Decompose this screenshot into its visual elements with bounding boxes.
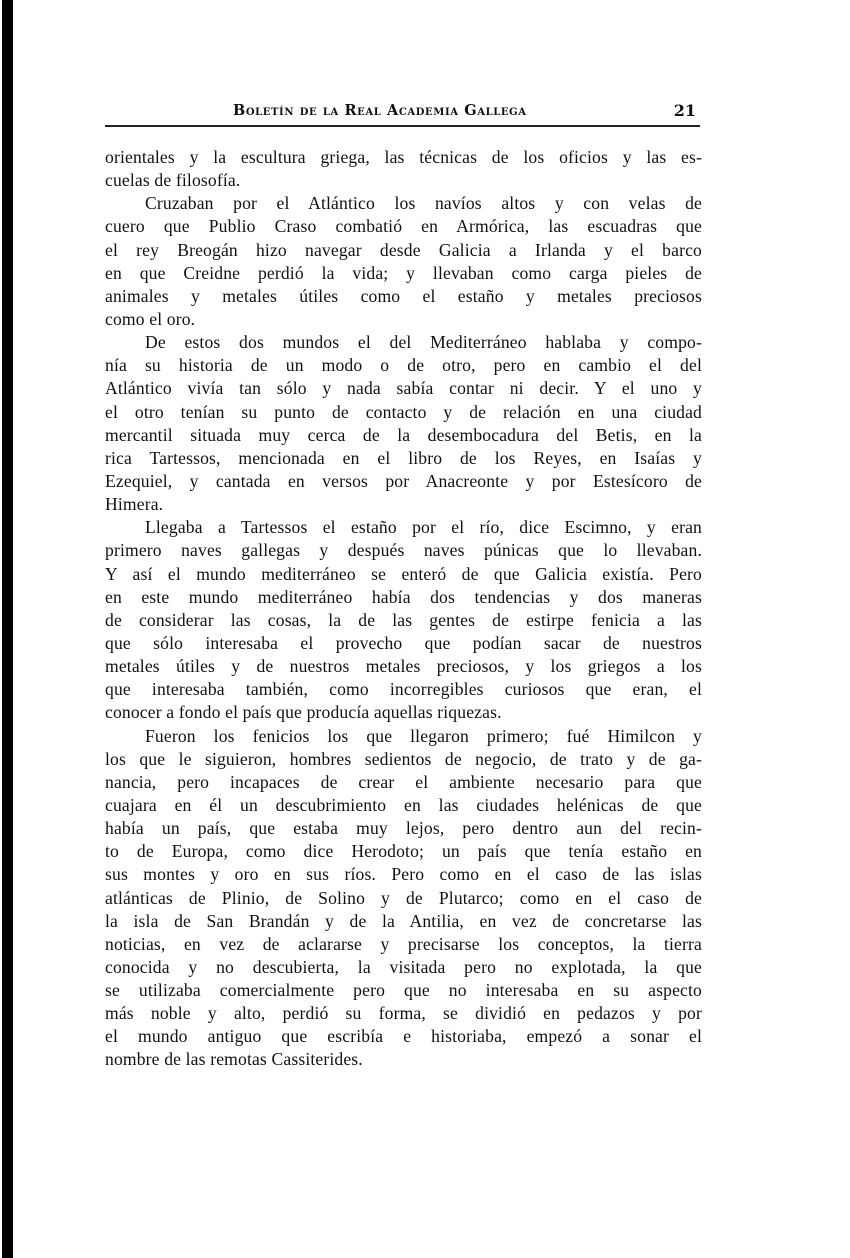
text-line: los que le siguieron, hombres sedientos … [105,748,702,771]
text-line: conocida y no descubierta, la visitada p… [105,956,702,979]
text-line: atlánticas de Plinio, de Solino y de Plu… [105,887,702,910]
text-line: Himera. [105,493,702,516]
text-line: primero naves gallegas y después naves p… [105,539,702,562]
text-line: conocer a fondo el país que producía aqu… [105,701,702,724]
paragraph: Fueron los fenicios los que llegaron pri… [105,725,702,1072]
text-line: sus montes y oro en sus ríos. Pero como … [105,863,702,886]
text-line: que interesaba también, como incorregibl… [105,678,702,701]
text-line: animales y metales útiles como el estaño… [105,285,702,308]
text-line: el rey Breogán hizo navegar desde Galici… [105,239,702,262]
text-line: noticias, en vez de aclararse y precisar… [105,933,702,956]
text-line: en este mundo mediterráneo había dos ten… [105,586,702,609]
text-line: Y así el mundo mediterráneo se enteró de… [105,563,702,586]
text-line: Ezequiel, y cantada en versos por Anacre… [105,470,702,493]
text-line: nía su historia de un modo o de otro, pe… [105,354,702,377]
text-line: la isla de San Brandán y de la Antilia, … [105,910,702,933]
text-line: nancia, pero incapaces de crear el ambie… [105,771,702,794]
text-line: mercantil situada muy cerca de la desemb… [105,424,702,447]
text-line: Cruzaban por el Atlántico los navíos alt… [105,192,702,215]
text-line: cuajara en él un descubrimiento en las c… [105,794,702,817]
header-rule [105,125,700,127]
scan-edge-bar [2,0,13,1258]
running-title: Boletín de la Real Academia Gallega [233,102,527,119]
text-line: De estos dos mundos el del Mediterráneo … [105,331,702,354]
text-line: que sólo interesaba el provecho que podí… [105,632,702,655]
text-line: nombre de las remotas Cassiterides. [105,1048,702,1071]
text-line: Fueron los fenicios los que llegaron pri… [105,725,702,748]
text-line: Atlántico vivía tan sólo y nada sabía co… [105,377,702,400]
text-line: rica Tartessos, mencionada en el libro d… [105,447,702,470]
text-line: orientales y la escultura griega, las té… [105,146,702,169]
paragraph: Cruzaban por el Atlántico los navíos alt… [105,192,702,331]
text-line: to de Europa, como dice Herodoto; un paí… [105,840,702,863]
text-line: metales útiles y de nuestros metales pre… [105,655,702,678]
text-line: cuelas de filosofía. [105,169,702,192]
text-line: en que Creidne perdió la vida; y llevaba… [105,262,702,285]
page-header: Boletín de la Real Academia Gallega 21 [105,98,700,128]
text-line: más noble y alto, perdió su forma, se di… [105,1002,702,1025]
text-line: como el oro. [105,308,702,331]
page-number: 21 [674,101,696,120]
text-line: de considerar las cosas, la de las gente… [105,609,702,632]
text-line: el mundo antiguo que escribía e historia… [105,1025,702,1048]
text-line: Llegaba a Tartessos el estaño por el río… [105,516,702,539]
paragraph: De estos dos mundos el del Mediterráneo … [105,331,702,516]
paragraph: orientales y la escultura griega, las té… [105,146,702,192]
text-line: cuero que Publio Craso combatió en Armór… [105,215,702,238]
text-line: se utilizaba comercialmente pero que no … [105,979,702,1002]
text-line: había un país, que estaba muy lejos, per… [105,817,702,840]
body-text: orientales y la escultura griega, las té… [105,146,702,1072]
paragraph: Llegaba a Tartessos el estaño por el río… [105,516,702,724]
text-line: el otro tenían su punto de contacto y de… [105,401,702,424]
